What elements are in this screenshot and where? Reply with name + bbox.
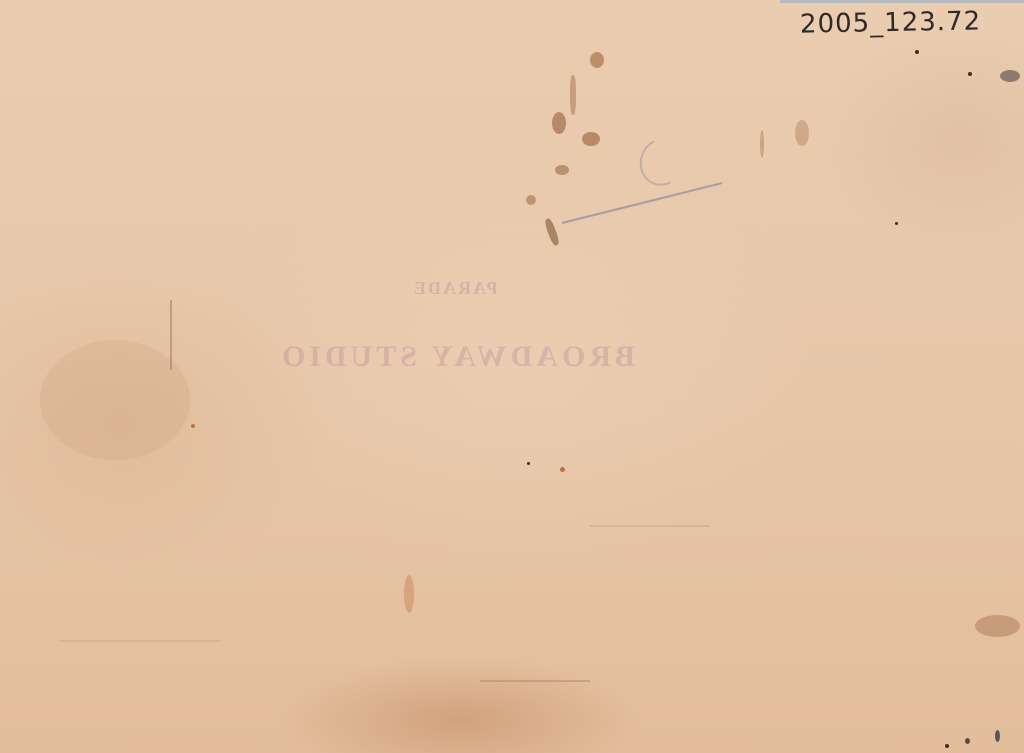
stain-top-3 [552,112,566,134]
stain-top-5 [555,165,569,175]
stain-right-1 [795,120,809,146]
accession-number: 2005_123.72 [800,6,982,39]
speck [995,730,1000,742]
pencil-arc [633,132,691,192]
stain-bottom-1 [404,575,414,613]
speck [965,738,970,744]
card-back: 2005_123.72 PARADE BROADWAY STUDIO [0,0,1024,753]
speck [527,462,530,465]
speck [560,467,565,472]
crease [170,300,172,370]
speck [968,72,972,76]
mirrored-stamp-line-2: BROADWAY STUDIO [278,340,635,374]
stain-top-7 [543,217,560,246]
speck [895,222,898,225]
pencil-stroke [562,182,723,224]
stain-right-2 [760,130,764,158]
crease [60,640,220,642]
stain-bottom-right [975,615,1020,637]
speck [191,424,195,428]
scan-edge-strip [780,0,1024,3]
stain-top-1 [590,52,604,68]
stain-left-1 [40,340,190,460]
speck [1000,70,1020,82]
speck [915,50,919,54]
stain-top-6 [526,195,536,205]
crease [590,525,710,527]
speck [945,744,949,748]
crease [480,680,590,682]
stain-top-4 [582,132,600,146]
mirrored-stamp-line-1: PARADE [412,278,498,299]
stain-top-2 [570,75,576,115]
